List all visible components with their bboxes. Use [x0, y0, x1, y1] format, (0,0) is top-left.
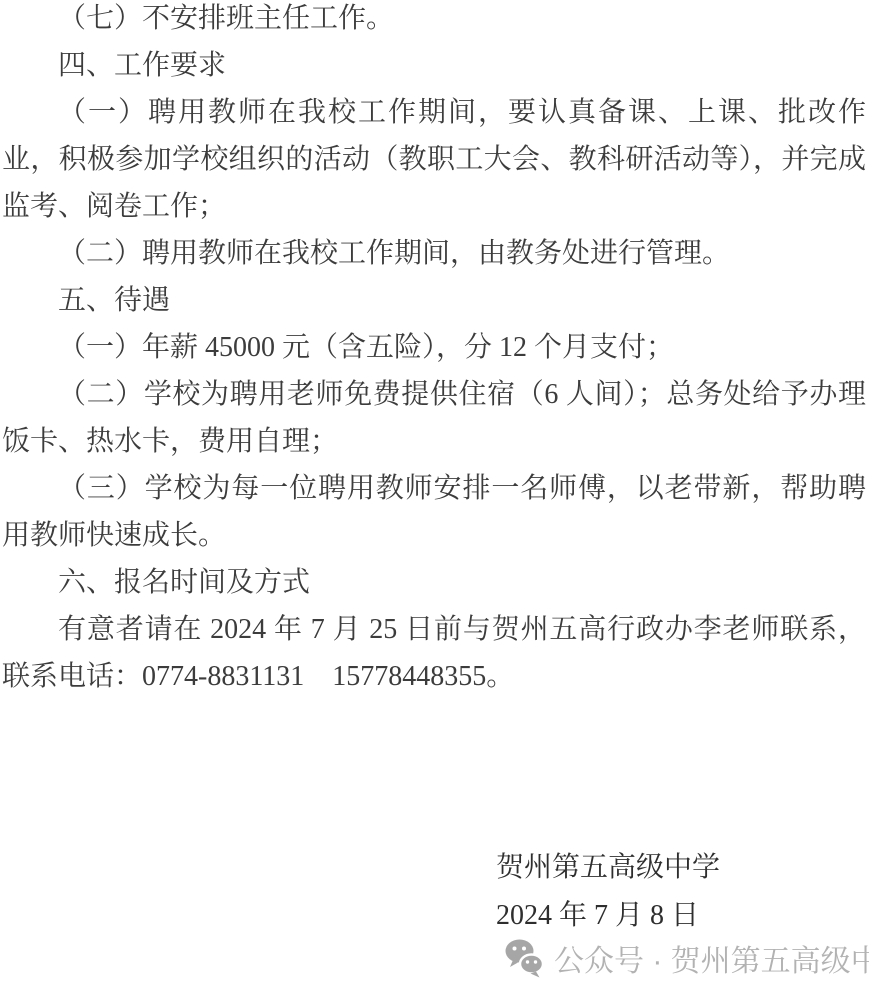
wechat-account-watermark: 公众号 · 贺州第五高级中学 [503, 936, 869, 980]
paragraph-benefit-3-mentor: （三）学校为每一位聘用教师安排一名师傅，以老带新，帮助聘用教师快速成长。 [2, 465, 866, 559]
section-heading-4-work-requirements: 四、工作要求 [2, 42, 866, 89]
signature-org-name: 贺州第五高级中学 [496, 844, 720, 892]
signature-block: 贺州第五高级中学 2024 年 7 月 8 日 [496, 844, 720, 940]
paragraph-work-req-2: （二）聘用教师在我校工作期间，由教务处进行管理。 [2, 230, 866, 277]
paragraph-benefit-1-salary: （一）年薪 45000 元（含五险），分 12 个月支付； [2, 324, 866, 371]
watermark-text: 公众号 · 贺州第五高级中学 [554, 936, 869, 980]
paragraph-work-req-1: （一）聘用教师在我校工作期间，要认真备课、上课、批改作业，积极参加学校组织的活动… [2, 89, 866, 230]
wechat-icon [503, 937, 545, 979]
section-heading-5-benefits: 五、待遇 [2, 277, 866, 324]
paragraph-contact-info: 有意者请在 2024 年 7 月 25 日前与贺州五高行政办李老师联系，联系电话… [2, 606, 866, 700]
document-body: （七）不安排班主任工作。 四、工作要求 （一）聘用教师在我校工作期间，要认真备课… [0, 0, 869, 700]
document-page: （七）不安排班主任工作。 四、工作要求 （一）聘用教师在我校工作期间，要认真备课… [0, 0, 869, 988]
signature-date: 2024 年 7 月 8 日 [496, 892, 720, 940]
paragraph-item-7-no-homeroom: （七）不安排班主任工作。 [2, 0, 866, 42]
section-heading-6-registration: 六、报名时间及方式 [2, 559, 866, 606]
paragraph-benefit-2-housing: （二）学校为聘用老师免费提供住宿（6 人间）；总务处给予办理饭卡、热水卡，费用自… [2, 371, 866, 465]
